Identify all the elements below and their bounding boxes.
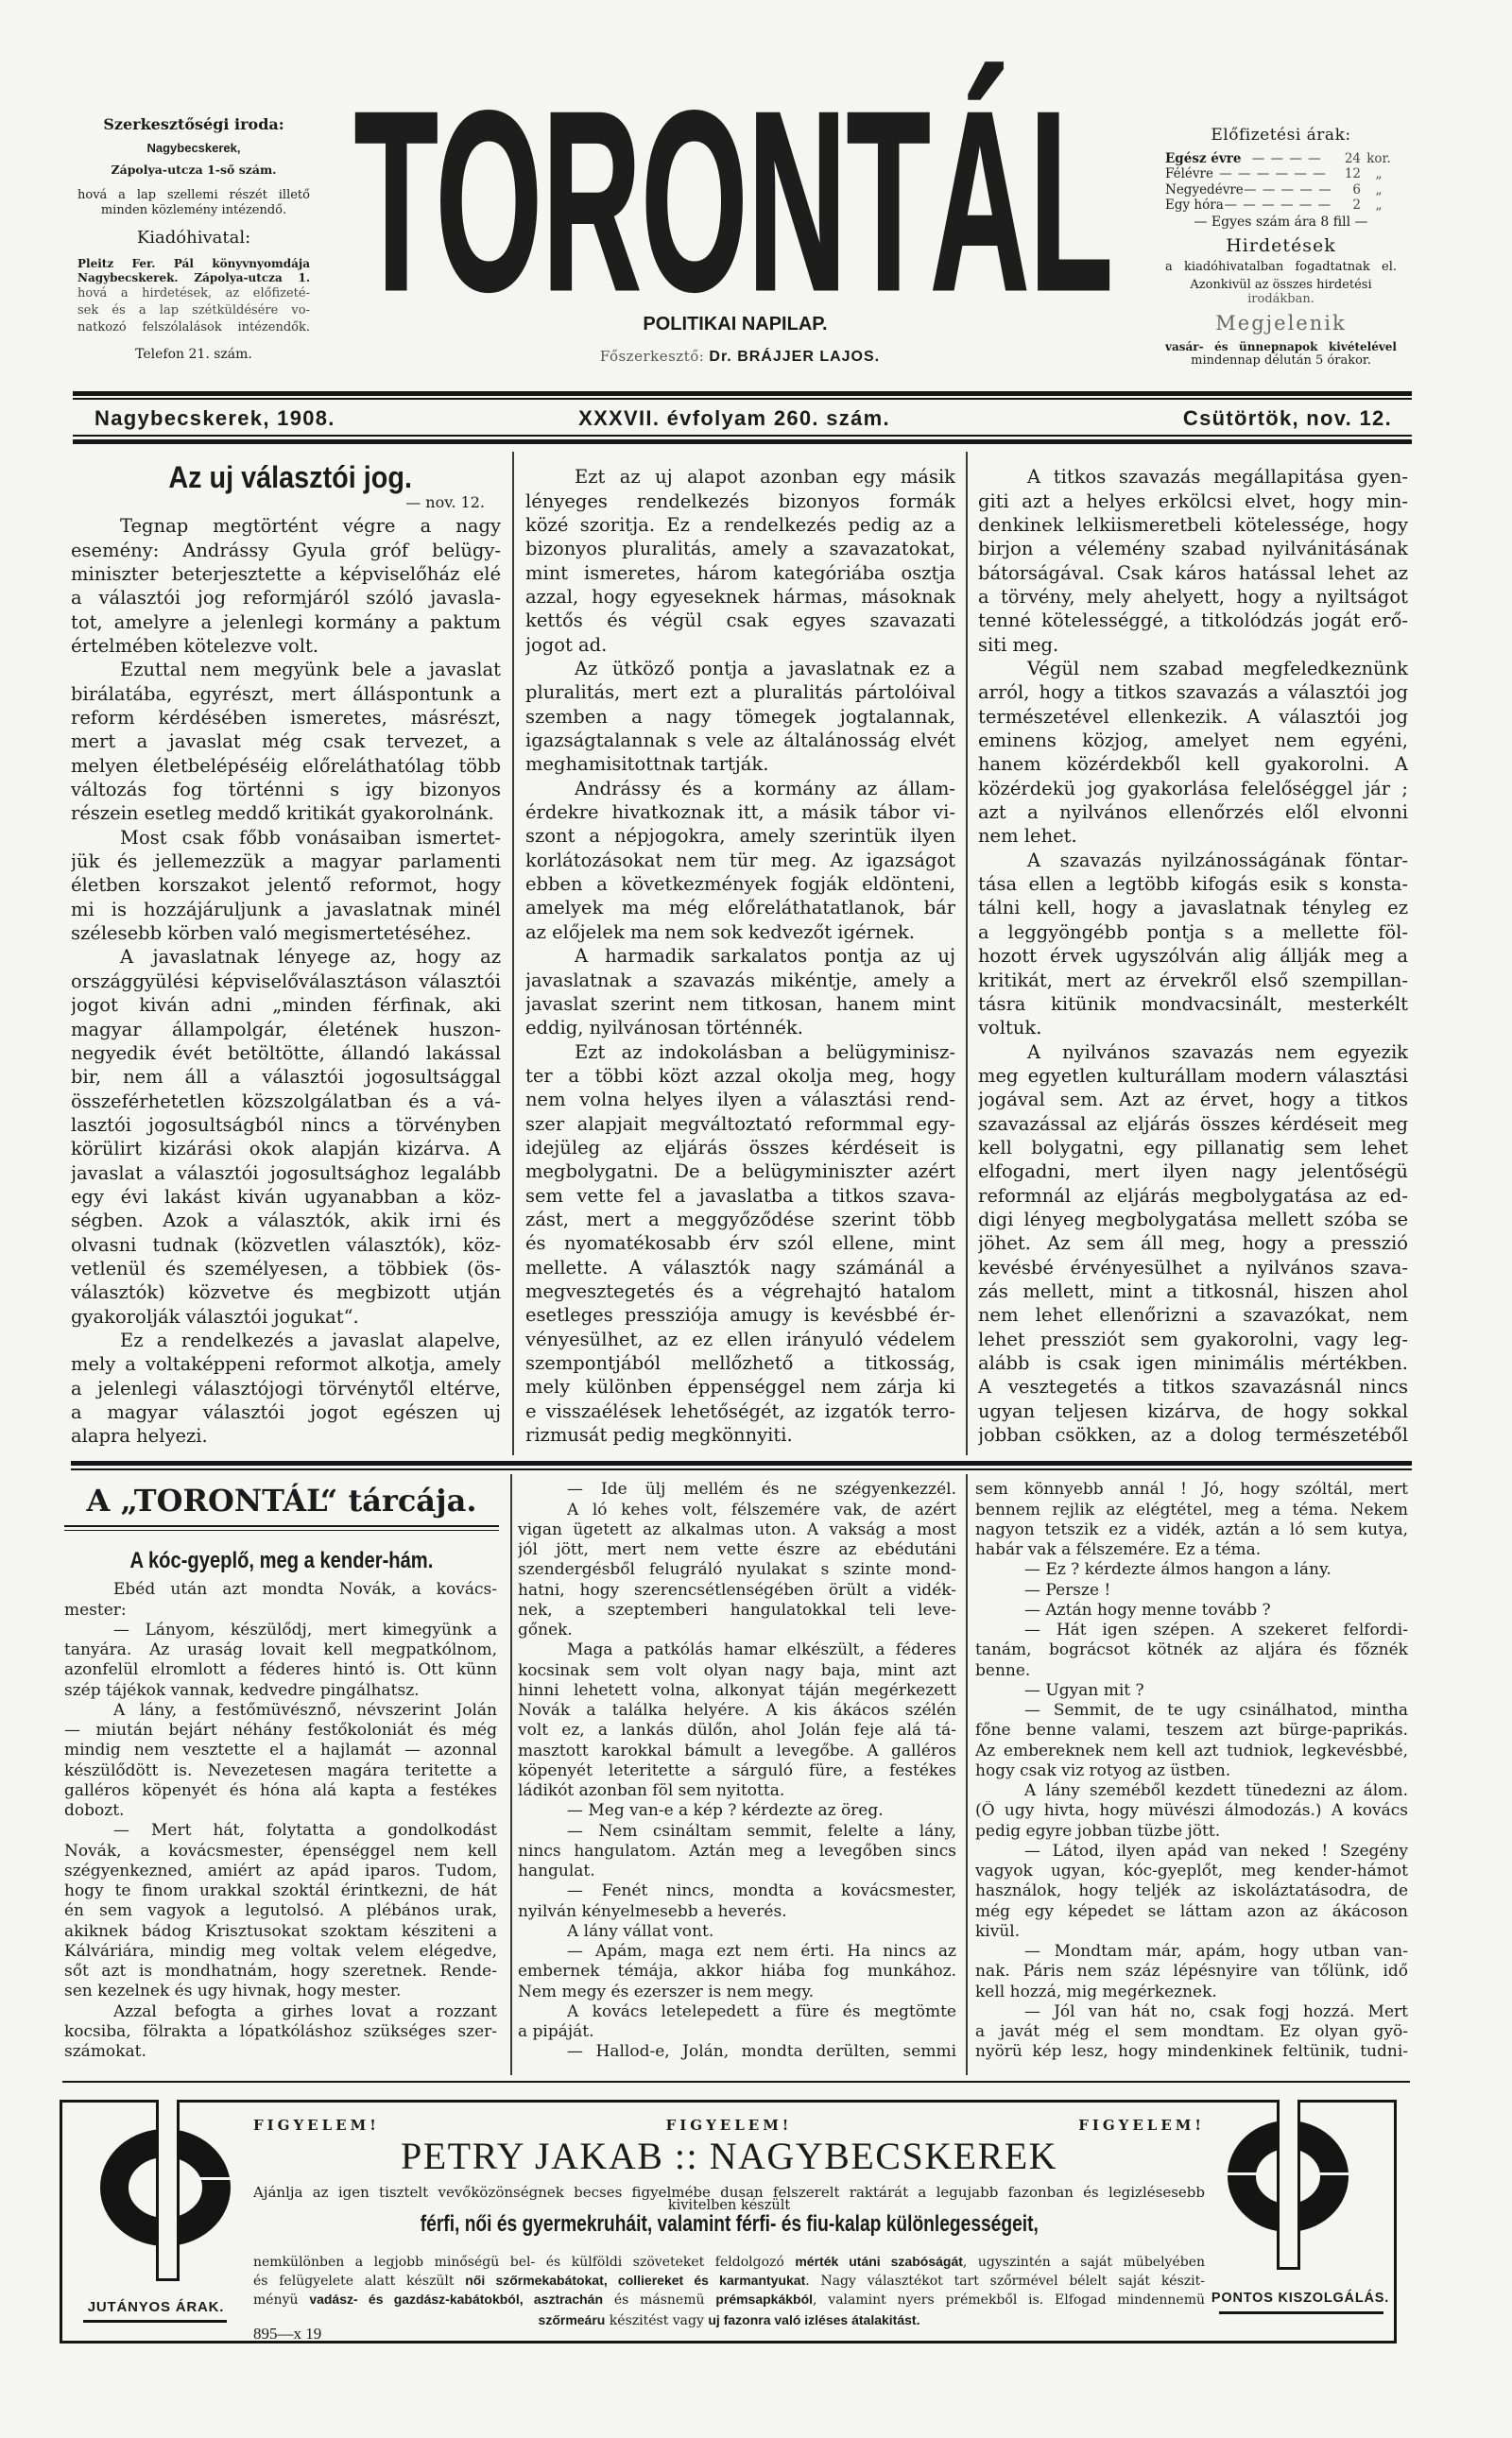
text-line: mint ismeretes, három kategóriába osztja: [525, 561, 955, 585]
text-line: részein esetleg meddő kritikát gyakoroln…: [71, 801, 501, 825]
text-line: természetével ellenkezik. A választói jo…: [978, 705, 1408, 729]
text-line: jól jött, mert nem vette észre az ebédut…: [518, 1540, 956, 1560]
text-line: szempontjából mellőzhető a titkosság,: [525, 1351, 955, 1375]
price-amount: 2: [1332, 197, 1361, 213]
text-line: sőt azt is mondhatnám, hogy szeretnek. R…: [64, 1962, 497, 1982]
text-line: lasztói jogosultságból nincs a törvénybe…: [71, 1113, 501, 1137]
dateline-place-year: Nagybecskerek, 1908.: [94, 406, 335, 431]
text-line: — Ide ülj mellém és ne szégyenkezzél.: [518, 1480, 956, 1500]
text-line: — Fenét nincs, mondta a kovácsmester,: [518, 1881, 956, 1901]
text-line: változás fog történni s igy bizonyos: [71, 778, 501, 801]
text-line: birjon a vélemény szabad nyilvánitásának: [978, 537, 1408, 560]
text-line: a magyar választói jogot egészen uj: [71, 1400, 501, 1424]
text-line: készülődött is. Nevezetesen magára terit…: [64, 1761, 497, 1781]
ad-headline: PETRY JAKAB :: NAGYBECSKEREK: [253, 2134, 1205, 2179]
text-line: volt ez, a lankás dülőn, ahol Jolán feje…: [518, 1721, 956, 1741]
price-unit: „: [1361, 166, 1397, 181]
text-line: összeférhetetlen közszolgálatban és a vá…: [71, 1090, 501, 1113]
text-line: nak. Páris nem száz lépésnyire van tőlün…: [975, 1962, 1408, 1982]
section-separator-thin: [71, 1468, 1412, 1470]
text-line: — Látod, ilyen apád van neked ! Szegény: [975, 1842, 1408, 1862]
rule-thick: [73, 391, 1412, 396]
text-line: pluralitás, mert ezt a pluralitás pártol…: [525, 680, 955, 704]
text-line: meghamisitottnak tartják.: [525, 752, 955, 776]
text-line: Az embereknek nem kell azt tudniok, legk…: [975, 1742, 1408, 1761]
text-segment: . Nagy választékot tart szőrmével bélelt…: [805, 2274, 1205, 2289]
price-row: Egész évre — — — — 24 kor.: [1165, 151, 1397, 166]
price-label: Negyedévre: [1165, 182, 1244, 197]
text-line: szégyenkezned, amiért az apád iparos. Tu…: [64, 1862, 497, 1881]
text-line: tanám, bográcsot kötnék az aljára és főz…: [975, 1640, 1408, 1660]
text-line: azonfelül elromlott a féderes hintó is. …: [64, 1660, 497, 1680]
text-line: jobban csökken, az a dolog természetéből: [978, 1423, 1408, 1447]
text-line: mely különben éppenséggel nem zárja ki: [525, 1375, 955, 1399]
appears-line: mindennap délután 5 órakor.: [1165, 353, 1397, 369]
text-line: negyedik évét betöltötte, állandó lakáss…: [71, 1041, 501, 1065]
text-line: jük és jellemezzük a magyar parlamenti: [71, 850, 501, 873]
text-line: A kovács letelepedett a füre és megtömte: [518, 2002, 956, 2022]
ads-heading: Hirdetések: [1165, 235, 1397, 256]
price-label: Egész évre: [1165, 151, 1241, 166]
text-segment: , valamint nyers prémekből is. Elfogad m…: [813, 2292, 1205, 2308]
text-line: Ez a rendelkezés a javaslat alapelve,: [71, 1329, 501, 1352]
ads-line: a kiadóhivatalban fogadtatnak el.: [1165, 260, 1397, 275]
price-amount: 12: [1332, 166, 1361, 181]
text-line: tanyára. Az uraság lovait kell megpatkól…: [64, 1640, 497, 1660]
text-line: e visszaélések lehetőségét, az izgatók t…: [525, 1399, 955, 1423]
text-segment: szőrmeáru: [539, 2312, 606, 2327]
text-line: szendergésből felugráló nyulakat s szint…: [518, 1560, 956, 1580]
text-line: miniszter beterjesztette a képviselőház …: [71, 562, 501, 586]
text-line: korlátozásokat nem tür meg. Az igazságot: [525, 849, 955, 872]
text-line: még egy képedet se láttam azon az ákácos…: [975, 1902, 1408, 1922]
text-line: Ezuttal nem megyünk bele a javaslat: [71, 658, 501, 681]
text-line: A szavazás nyilzánosságának föntar-: [978, 849, 1408, 872]
text-line: voltuk.: [978, 1016, 1408, 1039]
text-line: eminens közjog, amelyet nem egyéni,: [978, 729, 1408, 752]
text-line: mester:: [64, 1601, 497, 1621]
price-amount: 6: [1332, 182, 1361, 197]
text-line: — Aztán hogy menne tovább ?: [975, 1601, 1408, 1621]
text-line: hinni lehetett volna, alkonyat táján meg…: [518, 1681, 956, 1701]
text-line: — Hallod-e, Jolán, mondta derülten, semm…: [518, 2042, 956, 2062]
text-line: körülirt kizárási okok alapján kizárva. …: [71, 1137, 501, 1160]
feuilleton-title-rule: [64, 1525, 499, 1527]
text-line: a választói jog reformjáról szóló javasl…: [71, 586, 501, 609]
text-line: nyörü kép lesz, hogy mindenkinek feltüni…: [975, 2042, 1408, 2062]
appears-heading: Megjelenik: [1165, 312, 1397, 335]
text-line: jöhet. Az sem áll meg, hogy a presszió: [978, 1231, 1408, 1255]
text-line: országgyülési képviselőválasztáson válas…: [71, 970, 501, 993]
text-line: akiknek bádog Krisztusokat szoktam készi…: [64, 1922, 497, 1942]
price-leader: — — — — — —: [1224, 197, 1332, 213]
text-line: én sem vagyok a legutolsó. A plébános ur…: [64, 1901, 497, 1921]
text-line: nem lehet ellenőrizni a szavazókat, nem: [978, 1303, 1408, 1327]
text-line: ségben. Azok a választók, akik irni és: [71, 1209, 501, 1232]
text-line: hanem közérdekből kell gyakorolni. A: [978, 752, 1408, 776]
text-line: szavazással az eljárás összes kérdéseit …: [978, 1112, 1408, 1136]
text-line: denkinek lelkiismeretbeli kötelessége, h…: [978, 513, 1408, 537]
text-line: habár vak a félszemére. Ez a téma.: [975, 1540, 1408, 1560]
text-line: esemény: Andrássy Gyula gróf belügy-: [71, 539, 501, 562]
text-line: az előjelek ma nem sok kedvezőt igérnek.: [525, 920, 955, 944]
single-copy-price: — Egyes szám ára 8 fill —: [1165, 215, 1397, 230]
text-line: kell hozzá, mig megérkeznek.: [975, 1983, 1408, 2002]
text-line: ládikót azonban föl sem nyitotta.: [518, 1781, 956, 1801]
text-line: Ezt az uj alapot azonban egy másik: [525, 465, 955, 489]
dateline-volume-issue: XXXVII. évfolyam 260. szám.: [545, 406, 923, 431]
text-line: szont a népjogokra, amely szerintük ilye…: [525, 824, 955, 848]
section-separator-thick: [71, 1461, 1412, 1466]
text-line: siti meg.: [978, 633, 1408, 657]
attention-label: FIGYELEM!: [253, 2117, 380, 2134]
text-line: kettős és végül csak egyes szavazati: [525, 609, 955, 632]
story-title: A kóc-gyeplő, meg a kender-hám.: [130, 1548, 434, 1574]
text-line: Az ütköző pontja a javaslatnak ez a: [525, 657, 955, 680]
text-line: — Apám, maga ezt nem érti. Ha nincs az: [518, 1942, 956, 1962]
text-line: zás mellett, mint a titkosnál, hiszen ah…: [978, 1279, 1408, 1303]
text-line: ter a többi közt azzal okolja meg, hogy: [525, 1064, 955, 1088]
text-line: lehet pressziót sem gyakorolni, vagy leg…: [978, 1328, 1408, 1351]
text-line: reformnál az eljárás megbolygatása az ed…: [978, 1184, 1408, 1208]
text-line: tot, amelyre a jelenlegi kormány a paktu…: [71, 610, 501, 634]
text-line: (Ő ugy hivta, hogy müvészi álmodozás.) A…: [975, 1801, 1408, 1821]
text-line: azzal, hogy egyeseknek hármas, másoknak: [525, 585, 955, 609]
masthead-subtitle: POLITIKAI NAPILAP.: [593, 313, 877, 335]
hanger-ring-icon: [94, 2100, 236, 2284]
text-line: arról, hogy a titkos szavazás a választó…: [978, 680, 1408, 704]
text-line: galléros köpenyét és hóna alá kapta a fe…: [64, 1781, 497, 1801]
text-line: reform kérdésében ismeretes, másrészt,: [71, 706, 501, 730]
text-line: sem könnyebb annál ! Jó, hogy szóltál, m…: [975, 1480, 1408, 1500]
editorial-office-address: Zápolya-utcza 1-ső szám.: [76, 163, 312, 178]
text-line: igazságtalannak s vele az általánosság e…: [525, 729, 955, 752]
text-segment: mérték utáni szabóságát: [795, 2254, 963, 2269]
text-segment: nemkülönben a legjobb minőségü bel- és k…: [253, 2255, 795, 2270]
text-line: szer alapjait megváltoztató reformmal eg…: [525, 1112, 955, 1136]
text-line: — Persze !: [975, 1581, 1408, 1601]
text-line: meg egyetlen kulturállam modern választá…: [978, 1064, 1408, 1088]
text-line: A vesztegetés a titkos szavazásnál nincs: [978, 1375, 1408, 1399]
lead-article-column-3: A titkos szavazás megállapitása gyen-git…: [978, 465, 1408, 1447]
feuilleton-column-1: Ebéd után azt mondta Novák, a kovács-mes…: [64, 1580, 497, 2062]
text-line: tenné kötelességgé, a titkolódzás jogát …: [978, 609, 1408, 632]
text-line: Kálváriára, mindig meg voltak velem elég…: [64, 1942, 497, 1962]
publisher-line: hová a hirdetések, az előfizeté-: [77, 286, 310, 301]
text-line: — Ez ? kérdezte álmos hangon a lány.: [975, 1560, 1408, 1580]
price-leader: — — — — —: [1244, 182, 1332, 197]
text-line: megvesztegetés és a végrehajtó hatalom: [525, 1279, 955, 1303]
text-line: javaslatnak a szavazás mikéntje, amely a: [525, 969, 955, 992]
text-line: tásra kitünik mondvacsinált, mesterkélt: [978, 992, 1408, 1016]
price-label: Egy hóra: [1165, 197, 1224, 213]
text-line: a javát még el sem mondtam. Ez olyan gyö…: [975, 2022, 1408, 2042]
text-line: megbolygatni. De a belügyminiszter azért: [525, 1159, 955, 1183]
publisher-line: natkozó felszólalások intézendők.: [77, 320, 310, 335]
rule-thin: [73, 435, 1412, 437]
text-line: mi is hozzájáruljunk a javaslatnak minél: [71, 898, 501, 921]
price-row: Félévre — — — — — — 12 „: [1165, 166, 1397, 181]
text-line: érdekre hivatkoznak itt, a másik tábor v…: [525, 800, 955, 824]
ad-product-line: férfi, női és gyermekruháit, valamint fé…: [420, 2210, 1038, 2239]
subscription-heading: Előfizetési árak:: [1165, 125, 1397, 146]
text-line: ebben a következmények fogják eldönteni,: [525, 872, 955, 896]
text-line: — Jól van hát no, csak fogj hozzá. Mert: [975, 2002, 1408, 2022]
text-line: Most csak főbb vonásaiban ismertet-: [71, 826, 501, 850]
text-line: sen kezelnek és ugy hivnak, hogy mester.: [64, 1982, 497, 2001]
rule-thin: [73, 398, 1412, 400]
text-line: hogy te finom urakkal szoktál érintkezni…: [64, 1881, 497, 1901]
text-line: vagyok ugyan, kóc-gyeplőt, meg kender-há…: [975, 1862, 1408, 1881]
text-line: — Lányom, készülődj, mert kimegyünk a: [64, 1621, 497, 1640]
editorial-office-note: minden közlemény intézendő.: [76, 203, 312, 218]
text-line: a pipáját.: [518, 2022, 956, 2042]
text-line: szép tájékok vannak, kedvedre pingálhats…: [64, 1681, 497, 1701]
ad-body-line: ményü vadász- és gazdász-kabátokból, asz…: [253, 2290, 1205, 2309]
text-line: — Semmit, de te ugy csinálhatod, mintha: [975, 1701, 1408, 1721]
text-line: köpenyét leteritette a sárguló füre, a f…: [518, 1761, 956, 1781]
hanger-ring-icon: [1219, 2100, 1361, 2275]
text-line: gőnek.: [518, 1621, 956, 1640]
column-divider: [510, 1474, 512, 2075]
text-line: nyilván kényelmesebb a heverés.: [518, 1902, 956, 1922]
phone-number: Telefon 21. szám.: [76, 346, 312, 363]
editorial-office-note: hová a lap szellemi részét illető: [77, 188, 310, 203]
text-line: vényesülhet, az ez ellen irányuló védele…: [525, 1328, 955, 1351]
ad-body-line: és felügyelete alatt készült női szőrmek…: [253, 2271, 1205, 2290]
text-line: választók) közvetve és megbizott utján: [71, 1280, 501, 1304]
text-line: a leggyöngébb pontja s a mellette föl-: [978, 920, 1408, 944]
editorial-office-heading: Szerkesztőségi iroda:: [76, 114, 312, 135]
text-line: Andrássy és a kormány az állam-: [525, 777, 955, 800]
text-line: eddig, nyilvánosan történnék.: [525, 1016, 955, 1039]
text-line: lényeges rendelkezés bizonyos formák: [525, 489, 955, 513]
text-line: Novák, a kovácsmester, épenséggel nem ke…: [64, 1842, 497, 1862]
text-line: mely a voltaképpeni reformot alkotja, am…: [71, 1352, 501, 1376]
text-line: jogával sem. Azt az érvet, hogy a titkos: [978, 1088, 1408, 1111]
text-line: — Meg van-e a kép ? kérdezte az öreg.: [518, 1801, 956, 1821]
text-segment: prémsapkákból: [715, 2292, 813, 2307]
left-slogan: JUTÁNYOS ÁRAK.: [80, 2299, 232, 2316]
text-line: tálni kell, hogy a javaslatnak tényleg e…: [978, 896, 1408, 919]
feuilleton-column-2: — Ide ülj mellém és ne szégyenkezzél.A l…: [518, 1480, 956, 2062]
text-line: Végül nem szabad megfeledkeznünk: [978, 657, 1408, 680]
left-slogan-underline: [83, 2320, 227, 2323]
story-title-wrap: A kóc-gyeplő, meg a kender-hám.: [64, 1548, 499, 1574]
text-line: jogot ad.: [525, 633, 955, 657]
text-line: életben korszakot jelentő reformot, hogy: [71, 873, 501, 897]
feuilleton-title-rule: [64, 1530, 499, 1531]
text-line: — Hát igen szépen. A szekeret felfordi-: [975, 1621, 1408, 1640]
text-line: A lány, a festőmüvésznő, névszerint Jolá…: [64, 1701, 497, 1721]
text-line: nincs hangulatom. Aztán meg a levegőben …: [518, 1842, 956, 1862]
text-line: zást, mert a meggyőződése szerint több: [525, 1208, 955, 1231]
text-line: embernek témája, akkor hiába fog munkáho…: [518, 1962, 956, 1982]
text-segment: uj fazonra való izléses átalakitást.: [708, 2312, 919, 2327]
text-line: azt a nyilvános ellenőrzés elől elvonni: [978, 800, 1408, 824]
text-line: — Mert hát, folytatta a gondolkodást: [64, 1821, 497, 1841]
text-line: benne.: [975, 1661, 1408, 1681]
publisher-heading: Kiadóhivatal:: [76, 228, 312, 249]
text-line: tása ellen a legtöbb kifogás esik s kons…: [978, 872, 1408, 896]
text-segment: női szőrmekabátokat, colliereket és karm…: [465, 2273, 805, 2288]
price-row: Negyedévre — — — — — 6 „: [1165, 182, 1397, 197]
editor-label: Főszerkesztő:: [600, 348, 704, 365]
text-line: ugyan teljesen kizárva, de hogy sokkal: [978, 1399, 1408, 1423]
text-line: mellette. A választók nagy számánál a: [525, 1256, 955, 1279]
text-line: javaslat szerint nem titkosan, hanem min…: [525, 992, 955, 1016]
text-line: a törvény, mely ahelyett, hogy a nyiltsá…: [978, 585, 1408, 609]
feuilleton-bottom-rule: [62, 2081, 1410, 2083]
text-line: — Nem csináltam semmit, felelte a lány,: [518, 1822, 956, 1842]
text-line: magyar állampolgár, életének huszon-: [71, 1018, 501, 1041]
text-line: masztott karokkal bámult a levegőbe. A g…: [518, 1742, 956, 1761]
rule-thick: [73, 439, 1412, 444]
lead-article-date: — nov. 12.: [359, 493, 485, 512]
editor-in-chief: Főszerkesztő: Dr. BRÁJJER LAJOS.: [551, 347, 929, 366]
lead-article-column-1: Tegnap megtörtént végre a nagyesemény: A…: [71, 514, 501, 1448]
text-line: A harmadik sarkalatos pontja az uj: [525, 944, 955, 968]
text-line: A titkos szavazás megállapitása gyen-: [978, 465, 1408, 489]
masthead-title: TORONTÁL: [354, 75, 1113, 330]
text-line: bir, nem áll a választói jogosultsággal: [71, 1065, 501, 1089]
text-line: amelyek ma még előreláthatatlanok, bár: [525, 896, 955, 919]
ad-body-line-last: szőrmeáru készitést vagy uj fazonra való…: [253, 2310, 1205, 2329]
column-divider: [512, 452, 514, 1455]
text-line: sem vette fel a javaslatba a titkos szav…: [525, 1184, 955, 1208]
ad-reference-number: 895—x 19: [253, 2325, 321, 2344]
lead-article-title-wrap: Az uj választói jog.: [76, 461, 506, 493]
text-line: bátorságával. Csak káros hatással lehet …: [978, 561, 1408, 585]
price-leader: — — — — — —: [1213, 166, 1332, 181]
text-line: — miután bejárt néhány festőkoloniát és …: [64, 1721, 497, 1741]
price-amount: 24: [1332, 151, 1361, 166]
text-segment: , ugyszintén a saját mübelyében: [963, 2255, 1205, 2270]
publisher-line: Nagybecskerek. Zápolya-utcza 1.: [77, 270, 310, 285]
text-line: Ezt az indokolásban a belügyminisz-: [525, 1040, 955, 1064]
text-line: vigan ügetett az alkalmas uton. A vakság…: [518, 1520, 956, 1540]
text-line: A javaslatnak lényege az, hogy az: [71, 945, 501, 969]
text-line: számokat.: [64, 2042, 497, 2062]
text-line: mindig nem vesztette el a hajlamát — azo…: [64, 1741, 497, 1760]
attention-row: FIGYELEM! FIGYELEM! FIGYELEM!: [253, 2117, 1205, 2134]
text-line: A ló kehes volt, félszemére vak, de azér…: [518, 1501, 956, 1520]
text-line: kell bolygatni, egy pillanatig sem lehet: [978, 1136, 1408, 1159]
ads-line: irodákban.: [1165, 292, 1397, 307]
text-line: esetleges pressziója amugy is kevésbbé é…: [525, 1303, 955, 1327]
text-line: Ebéd után azt mondta Novák, a kovács-: [64, 1580, 497, 1600]
text-line: Maga a patkólás hamar elkészült, a féder…: [518, 1640, 956, 1660]
text-line: — Mondtam már, apám, hogy utban van-: [975, 1942, 1408, 1962]
text-line: mert a javaslat még csak tervezet, a: [71, 730, 501, 753]
editorial-office-city: Nagybecskerek,: [76, 141, 312, 156]
text-line: bennem rejlik az elégtétel, meg a téma. …: [975, 1501, 1408, 1520]
text-line: kevésbé érvényesülhet a nyilvános szava-: [978, 1256, 1408, 1279]
text-line: birálatába, egyrészt, mert álláspontunk …: [71, 682, 501, 706]
text-line: közé szoritja. Ez a rendelkezés pedig az…: [525, 513, 955, 537]
text-segment: ményü: [253, 2292, 309, 2308]
appears-line: vasár- és ünnepnapok kivételével: [1165, 339, 1397, 354]
text-line: hogy csak viz rotyog az üstben.: [975, 1761, 1408, 1781]
right-slogan-underline: [1219, 2311, 1383, 2314]
text-line: jogot kiván adni „minden férfinak, aki: [71, 993, 501, 1017]
text-line: dobozt.: [64, 1801, 497, 1821]
price-unit: „: [1361, 182, 1397, 197]
text-line: Tegnap megtörtént végre a nagy: [71, 514, 501, 538]
attention-label: FIGYELEM!: [1078, 2117, 1205, 2134]
text-line: melyen életbelépéséig előreláthatólag tö…: [71, 754, 501, 778]
text-line: nagyon tetszik ez a vidék, aztán a ló se…: [975, 1520, 1408, 1540]
text-line: javaslat a választói jogosultsághoz lega…: [71, 1161, 501, 1185]
text-line: olvasni tudnak (közvetlen választók), kö…: [71, 1233, 501, 1257]
column-divider: [966, 452, 968, 1455]
ad-product-line-wrap: férfi, női és gyermekruháit, valamint fé…: [253, 2210, 1205, 2239]
text-line: elfogadni, mert ilyen nagy jelentőségü: [978, 1159, 1408, 1183]
text-line: szemben a nagy tömegek jogtalannak,: [525, 705, 955, 729]
text-line: Novák a találka helyére. A kis ákácos sz…: [518, 1701, 956, 1721]
price-label: Félévre: [1165, 166, 1213, 181]
newspaper-page: Szerkesztőségi iroda: Nagybecskerek, Záp…: [0, 0, 1512, 2438]
attention-label: FIGYELEM!: [666, 2117, 793, 2134]
text-line: A lány szeméből kezdett tünedezni az álo…: [975, 1781, 1408, 1801]
text-segment: vadász- és gazdász-kabátokból, asztrachá…: [309, 2292, 603, 2307]
text-line: gyakorolják választói jogukat“.: [71, 1305, 501, 1329]
text-line: egy évi lakást kiván ugyanabban a köz-: [71, 1185, 501, 1209]
text-line: vetlenül és személyesen, a többiek (ös-: [71, 1257, 501, 1280]
ad-body-line: nemkülönben a legjobb minőségü bel- és k…: [253, 2252, 1205, 2271]
text-line: és nyomatékosabb érv szól ellene, mint: [525, 1231, 955, 1255]
text-line: kivül.: [975, 1922, 1408, 1942]
publisher-line: sek és a lap szétküldésére vo-: [77, 303, 310, 318]
publisher-line: Pleitz Fer. Pál könyvnyomdája: [77, 256, 310, 271]
text-line: A nyilvános szavazás nem egyezik: [978, 1040, 1408, 1064]
text-line: nem lehet.: [978, 824, 1408, 848]
text-line: Azzal befogta a girhes lovat a rozzant: [64, 2002, 497, 2022]
text-line: A lány vállat vont.: [518, 1922, 956, 1942]
right-slogan: PONTOS KISZOLGÁLÁS.: [1211, 2290, 1390, 2307]
text-line: alább is csak igen minimális mértékben.: [978, 1351, 1408, 1375]
price-unit: „: [1361, 197, 1397, 213]
text-line: hangulat.: [518, 1862, 956, 1881]
text-line: bizonyos pluralitás, amely a szavazatoka…: [525, 537, 955, 560]
text-line: kocsiba, fölrakta a lópatkóláshoz szüksé…: [64, 2022, 497, 2042]
text-segment: készitést vagy: [605, 2313, 708, 2328]
dateline-day-date: Csütörtök, nov. 12.: [1108, 406, 1392, 431]
text-line: kocsinak sem volt olyan nagy baja, mint …: [518, 1661, 956, 1681]
text-line: a jelenlegi választójogi törvénytől elté…: [71, 1377, 501, 1400]
text-line: nem volna helyes ilyen a választási rend…: [525, 1088, 955, 1111]
lead-article-column-2: Ezt az uj alapot azonban egy másiklényeg…: [525, 465, 955, 1447]
text-line: értelmében kötelezve volt.: [71, 634, 501, 658]
text-line: rizmusát pedig megkönnyiti.: [525, 1423, 955, 1447]
text-line: hozott érvek ugyszólván alig állják meg …: [978, 944, 1408, 968]
ads-line: Azonkivül az összes hirdetési: [1165, 278, 1397, 293]
text-line: szélesebb körben való megismertetéséhez.: [71, 921, 501, 945]
text-line: giti azt a helyes erkölcsi elvet, hogy m…: [978, 489, 1408, 513]
price-unit: kor.: [1361, 151, 1397, 166]
editor-name: Dr. BRÁJJER LAJOS.: [709, 349, 880, 365]
text-line: kritikát, mert az érvekről első szempill…: [978, 969, 1408, 992]
text-segment: és másnemü: [603, 2292, 715, 2308]
text-line: főne benne valami, teszem azt bürge-papr…: [975, 1721, 1408, 1741]
price-row: Egy hóra — — — — — — 2 „: [1165, 197, 1397, 213]
text-line: közérdekü jog gyakorlása felelőséggel já…: [978, 777, 1408, 800]
text-line: — Ugyan mit ?: [975, 1681, 1408, 1701]
text-line: alapra helyezi.: [71, 1424, 501, 1448]
text-line: idejüleg az eljárás összes kérdéseit is: [525, 1136, 955, 1159]
text-segment: és felügyelete alatt készült: [253, 2274, 465, 2289]
price-leader: — — — —: [1241, 151, 1332, 166]
